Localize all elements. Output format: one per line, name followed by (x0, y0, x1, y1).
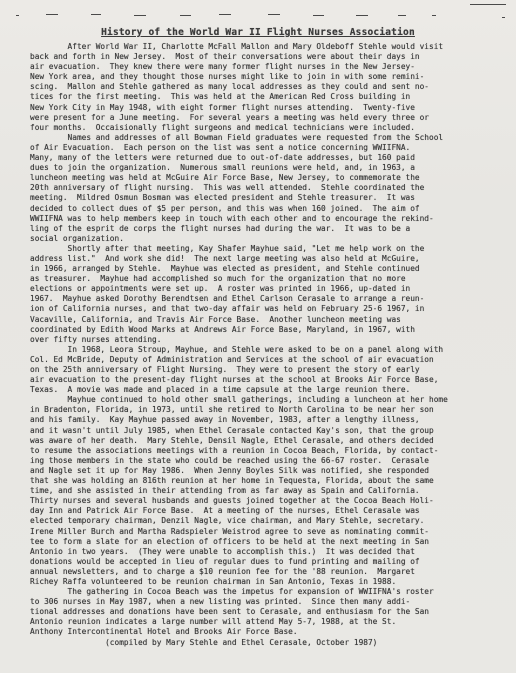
scan-artifact-dash (219, 14, 231, 15)
document-title: History of the World War II Flight Nurse… (0, 27, 516, 38)
scan-artifact-dash (502, 17, 505, 18)
paragraph-3: Shortly after that meeting, Kay Shafer M… (30, 244, 502, 345)
scan-artifact-dash (180, 15, 191, 16)
compiled-by-line: (compiled by Mary Stehle and Ethel Ceras… (0, 638, 516, 648)
scan-artifact-dash (356, 15, 368, 16)
scan-artifact-dash (268, 14, 280, 15)
scan-artifact-dash (470, 4, 506, 5)
paragraph-6: The gathering in Cocoa Beach was the imp… (30, 587, 502, 637)
paragraph-4: In 1968, Leora Stroup, Mayhue, and Stehl… (30, 345, 502, 395)
document-body: After World War II, Charlotte McFall Mal… (0, 42, 516, 638)
paragraph-1: After World War II, Charlotte McFall Mal… (30, 42, 502, 133)
paragraph-2: Names and addresses of all Bowman Field … (30, 133, 502, 244)
scan-artifact-dash (313, 15, 324, 16)
scan-artifact-dash (91, 14, 101, 15)
scan-artifact-dash (134, 15, 146, 16)
scan-artifact-dash (46, 14, 58, 15)
document-page: History of the World War II Flight Nurse… (0, 0, 516, 673)
scan-artifact-dash (16, 15, 19, 16)
paragraph-5: Mayhue continued to hold other small gat… (30, 395, 502, 587)
scan-artifact-dash (432, 15, 436, 16)
scan-artifact-dash (398, 15, 406, 16)
